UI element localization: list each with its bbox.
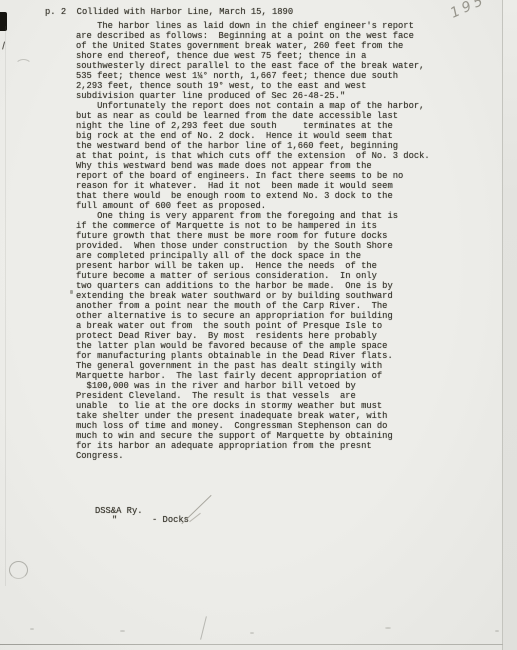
handwritten-check-mark [181,495,211,524]
body-line: other alternative is to secure an approp… [76,311,430,321]
body-line: are described as follows: Beginning at a… [76,31,430,41]
document-body-text: The harbor lines as laid down in the chi… [76,21,430,461]
body-line: the latter plan would be favored because… [76,341,430,351]
body-line: much to win and secure the support of Ma… [76,431,430,441]
body-line: a break water out from the south point o… [76,321,430,331]
left-scan-fold-line [5,26,6,586]
body-line: $100,000 was in the river and harbor bil… [76,381,430,391]
body-line: Why this westward bend was made does not… [76,161,430,171]
body-line: full amount of 600 feet as proposed. [76,201,430,211]
body-line: two quarters can additions to the harbor… [76,281,430,291]
faint-arc-mark [15,59,32,73]
body-line: protect Dead River bay. By most resident… [76,331,430,341]
footer-ditto-mark: " [112,515,117,525]
body-line: if the commerce of Marquette is not to b… [76,221,430,231]
body-line: another from a point near the mouth of t… [76,301,430,311]
body-line: at that point, is that which cuts off th… [76,151,430,161]
body-line: 2,293 feet, thence south 19° west, to th… [76,81,430,91]
body-line: for manufacturing plants obtainable in t… [76,351,430,361]
scanned-document-page: p. 2 Collided with Harbor Line, March 15… [0,0,517,650]
body-line: present harbor will be taken up. Hence t… [76,261,430,271]
body-line: are completed principally all of the doc… [76,251,430,261]
body-line: reason for it whatever. Had it not been … [76,181,430,191]
body-line: but as near as could be learned from the… [76,111,430,121]
document-header-line: p. 2 Collided with Harbor Line, March 15… [45,7,293,17]
page-bottom-edge-line [0,644,503,645]
handwritten-page-number: 195 [448,0,489,22]
body-line: Unfortunately the report does not contai… [76,101,430,111]
body-line: night the line of 2,293 feet due south t… [76,121,430,131]
body-line: future growth that there must be more ro… [76,231,430,241]
body-line: big rock at the end of No. 2 dock. Hence… [76,131,430,141]
diagonal-smudge-mark [200,616,207,640]
footer-source-line: DSS&A Ry. [95,506,143,516]
body-line: of the United States government break wa… [76,41,430,51]
body-line: extending the break water southward or b… [76,291,430,301]
body-line: much loss of time and money. Congressman… [76,421,430,431]
body-line: The general government in the past has d… [76,361,430,371]
body-line: unable to lie at the ore docks in stormy… [76,401,430,411]
dust-speck [495,630,499,632]
punch-hole-ring [9,561,28,579]
body-line: Congress. [76,451,430,461]
body-line: shore end thereof, thence due west 75 fe… [76,51,430,61]
dust-speck [385,627,391,629]
body-line: Marquette harbor. The last fairly decent… [76,371,430,381]
dust-speck [120,630,125,632]
body-line: report of the board of engineers. In fac… [76,171,430,181]
page-right-edge [502,0,517,650]
body-line: provided. When those under construction … [76,241,430,251]
body-line: future become a matter of serious consid… [76,271,430,281]
body-line: President Cleveland. The result is that … [76,391,430,401]
body-line: the westward bend of the harbor line of … [76,141,430,151]
dust-speck [250,632,254,634]
body-line: that there would be enough room to exten… [76,191,430,201]
body-line: 535 feet; thence west 1¼° north, 1,667 f… [76,71,430,81]
body-line: One thing is very apparent from the fore… [76,211,430,221]
dust-speck [30,628,34,630]
body-line: take shelter under the present inadequat… [76,411,430,421]
body-line: for its harbor an adequate appropriation… [76,441,430,451]
stray-ink-speck [70,290,73,294]
body-line: The harbor lines as laid down in the chi… [76,21,430,31]
body-line: southwesterly direct parallel to the eas… [76,61,430,71]
body-line: subdivision quarter line produced of Sec… [76,91,430,101]
